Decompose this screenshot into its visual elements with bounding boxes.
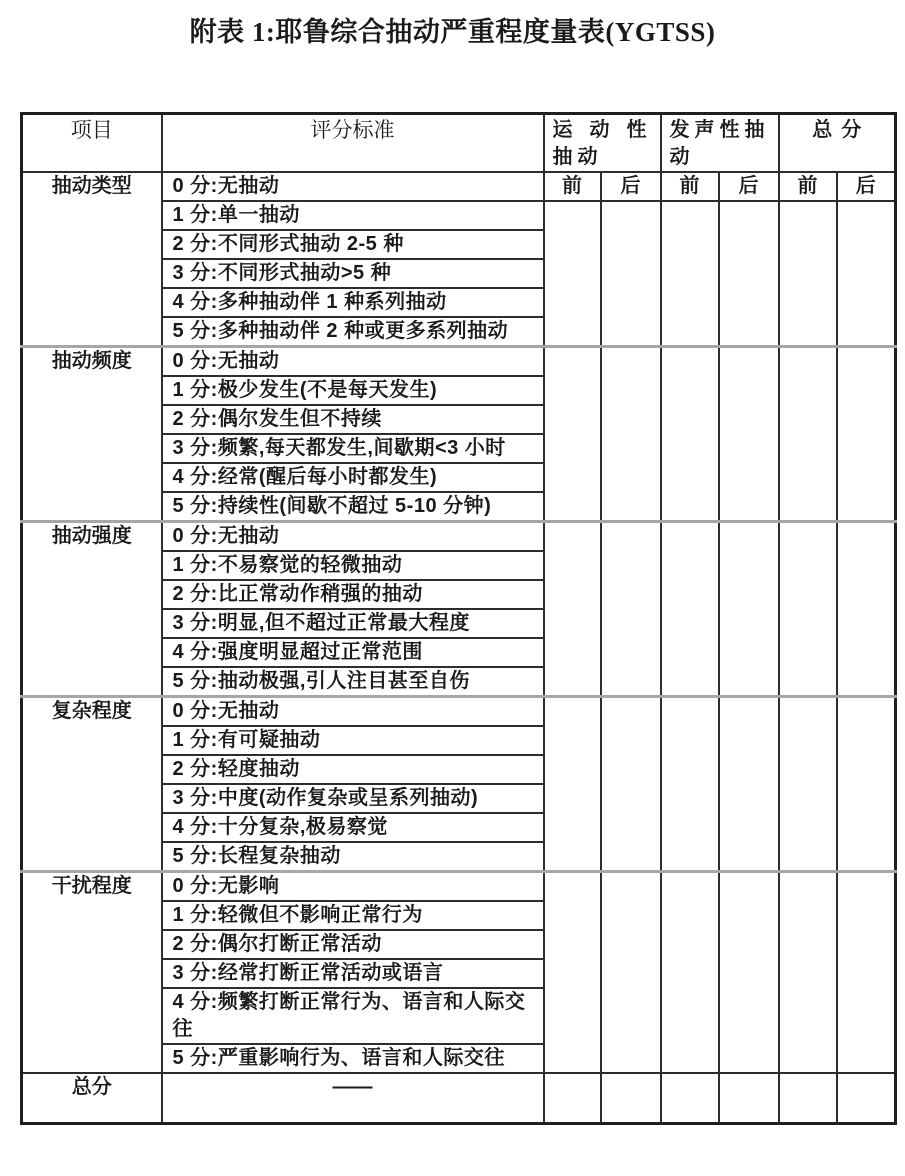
criterion-cell: 0 分:无抽动 [162, 347, 544, 377]
score-entry-cell [544, 697, 601, 872]
criterion-cell: 0 分:无抽动 [162, 522, 544, 552]
criterion-cell: 0 分:无影响 [162, 872, 544, 902]
ygtss-table: 项目 评分标准 运动性抽动 发声性抽动 总分 抽动类型 0 分:无抽动 前 后 … [20, 112, 897, 1125]
score-entry-cell [837, 697, 896, 872]
score-entry-cell [837, 872, 896, 1074]
score-entry-cell [837, 1073, 896, 1123]
criterion-cell: 2 分:比正常动作稍强的抽动 [162, 580, 544, 609]
score-entry-cell [544, 872, 601, 1074]
score-entry-cell [601, 522, 661, 697]
page-title: 附表 1:耶鲁综合抽动严重程度量表(YGTSS) [0, 0, 905, 50]
criterion-cell: 3 分:频繁,每天都发生,间歇期<3 小时 [162, 434, 544, 463]
header-motor-tics: 运动性抽动 [544, 114, 661, 173]
group-label-tic-type: 抽动类型 [22, 172, 162, 347]
score-entry-cell [601, 347, 661, 522]
motor-post-label: 后 [601, 172, 661, 201]
criterion-cell: 1 分:轻微但不影响正常行为 [162, 901, 544, 930]
table-row: 抽动类型 0 分:无抽动 前 后 前 后 前 后 [22, 172, 896, 201]
criterion-cell: 4 分:十分复杂,极易察觉 [162, 813, 544, 842]
criterion-cell: 2 分:轻度抽动 [162, 755, 544, 784]
group-label-tic-intensity: 抽动强度 [22, 522, 162, 697]
table-row: 抽动频度 0 分:无抽动 [22, 347, 896, 377]
group-label-interference: 干扰程度 [22, 872, 162, 1074]
score-entry-cell [779, 872, 837, 1074]
group-label-tic-frequency: 抽动频度 [22, 347, 162, 522]
score-entry-cell [719, 1073, 779, 1123]
total-post-label: 后 [837, 172, 896, 201]
table-row: 复杂程度 0 分:无抽动 [22, 697, 896, 727]
score-entry-cell [837, 201, 896, 347]
motor-pre-label: 前 [544, 172, 601, 201]
criterion-cell: 1 分:不易察觉的轻微抽动 [162, 551, 544, 580]
criterion-cell: 1 分:有可疑抽动 [162, 726, 544, 755]
score-entry-cell [837, 347, 896, 522]
criterion-cell: 5 分:多种抽动伴 2 种或更多系列抽动 [162, 317, 544, 347]
criterion-cell: 3 分:经常打断正常活动或语言 [162, 959, 544, 988]
score-entry-cell [601, 872, 661, 1074]
criterion-cell: 4 分:强度明显超过正常范围 [162, 638, 544, 667]
criterion-cell: 4 分:多种抽动伴 1 种系列抽动 [162, 288, 544, 317]
total-pre-label: 前 [779, 172, 837, 201]
score-entry-cell [544, 201, 601, 347]
group-label-complexity: 复杂程度 [22, 697, 162, 872]
score-entry-cell [719, 201, 779, 347]
criterion-cell: 2 分:不同形式抽动 2-5 种 [162, 230, 544, 259]
score-entry-cell [661, 522, 719, 697]
criterion-cell: 4 分:经常(醒后每小时都发生) [162, 463, 544, 492]
criterion-cell: 1 分:极少发生(不是每天发生) [162, 376, 544, 405]
score-entry-cell [601, 1073, 661, 1123]
score-entry-cell [661, 201, 719, 347]
criterion-cell: 3 分:明显,但不超过正常最大程度 [162, 609, 544, 638]
score-entry-cell [779, 1073, 837, 1123]
criterion-cell: 0 分:无抽动 [162, 172, 544, 201]
score-entry-cell [779, 347, 837, 522]
score-entry-cell [544, 1073, 601, 1123]
score-entry-cell [779, 522, 837, 697]
score-entry-cell [719, 347, 779, 522]
score-entry-cell [779, 201, 837, 347]
score-entry-cell [719, 522, 779, 697]
score-entry-cell [661, 697, 719, 872]
vocal-post-label: 后 [719, 172, 779, 201]
table-row: 抽动强度 0 分:无抽动 [22, 522, 896, 552]
criterion-cell: 5 分:持续性(间歇不超过 5-10 分钟) [162, 492, 544, 522]
score-entry-cell [661, 872, 719, 1074]
criterion-cell: 2 分:偶尔打断正常活动 [162, 930, 544, 959]
total-row-label: 总分 [22, 1073, 162, 1123]
header-criteria: 评分标准 [162, 114, 544, 173]
table-header-row: 项目 评分标准 运动性抽动 发声性抽动 总分 [22, 114, 896, 173]
score-entry-cell [601, 697, 661, 872]
score-entry-cell [544, 347, 601, 522]
score-entry-cell [544, 522, 601, 697]
total-row-dash: —— [162, 1073, 544, 1123]
score-entry-cell [601, 201, 661, 347]
criterion-cell: 3 分:不同形式抽动>5 种 [162, 259, 544, 288]
total-row: 总分 —— [22, 1073, 896, 1123]
score-entry-cell [837, 522, 896, 697]
criterion-cell: 3 分:中度(动作复杂或呈系列抽动) [162, 784, 544, 813]
criterion-cell: 1 分:单一抽动 [162, 201, 544, 230]
criterion-cell: 5 分:严重影响行为、语言和人际交往 [162, 1044, 544, 1073]
vocal-pre-label: 前 [661, 172, 719, 201]
criterion-cell: 2 分:偶尔发生但不持续 [162, 405, 544, 434]
criterion-cell: 5 分:长程复杂抽动 [162, 842, 544, 872]
score-entry-cell [719, 872, 779, 1074]
table-row: 干扰程度 0 分:无影响 [22, 872, 896, 902]
criterion-cell: 5 分:抽动极强,引人注目甚至自伤 [162, 667, 544, 697]
criterion-cell: 0 分:无抽动 [162, 697, 544, 727]
score-entry-cell [661, 1073, 719, 1123]
header-item: 项目 [22, 114, 162, 173]
score-entry-cell [719, 697, 779, 872]
score-entry-cell [661, 347, 719, 522]
criterion-cell: 4 分:频繁打断正常行为、语言和人际交往 [162, 988, 544, 1044]
header-total-score: 总分 [779, 114, 896, 173]
header-vocal-tics: 发声性抽动 [661, 114, 779, 173]
score-entry-cell [779, 697, 837, 872]
